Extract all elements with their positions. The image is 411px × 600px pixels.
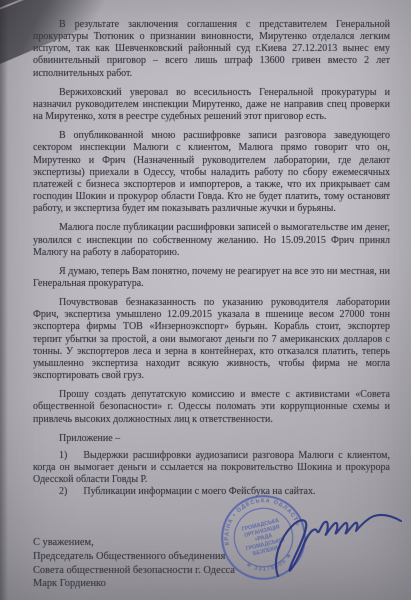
paragraph-2: Вержиховский уверовал во всесильность Ге…: [33, 87, 390, 123]
attachment-item-2-number: 2): [59, 486, 67, 497]
attachment-item-1-number: 1): [59, 450, 67, 461]
paragraph-3: В опубликованной мною расшифровке записи…: [33, 130, 390, 215]
paragraph-4: Малюга после публикации расшифровки запи…: [33, 222, 390, 258]
attachment-item-1: 1)Выдержки расшифровки аудиозаписи разго…: [33, 450, 390, 486]
handwritten-signature: [250, 490, 410, 590]
photo-left-edge-shadow: [0, 0, 8, 600]
paragraph-5: Я думаю, теперь Вам понятно, почему не р…: [33, 266, 390, 290]
paragraph-6: Почувствовав безнаказанность по указанию…: [33, 297, 390, 382]
paragraph-7: Прошу создать депутатскую комиссию и вме…: [33, 389, 390, 425]
attachment-item-1-text: Выдержки расшифровки аудиозаписи разгово…: [33, 450, 390, 485]
attachments-heading: Приложение –: [33, 433, 390, 445]
letter-photo-surface: В результате заключения соглашения с пре…: [0, 0, 411, 600]
paragraph-1: В результате заключения соглашения с пре…: [33, 19, 390, 80]
signature-stroke: [276, 515, 401, 576]
